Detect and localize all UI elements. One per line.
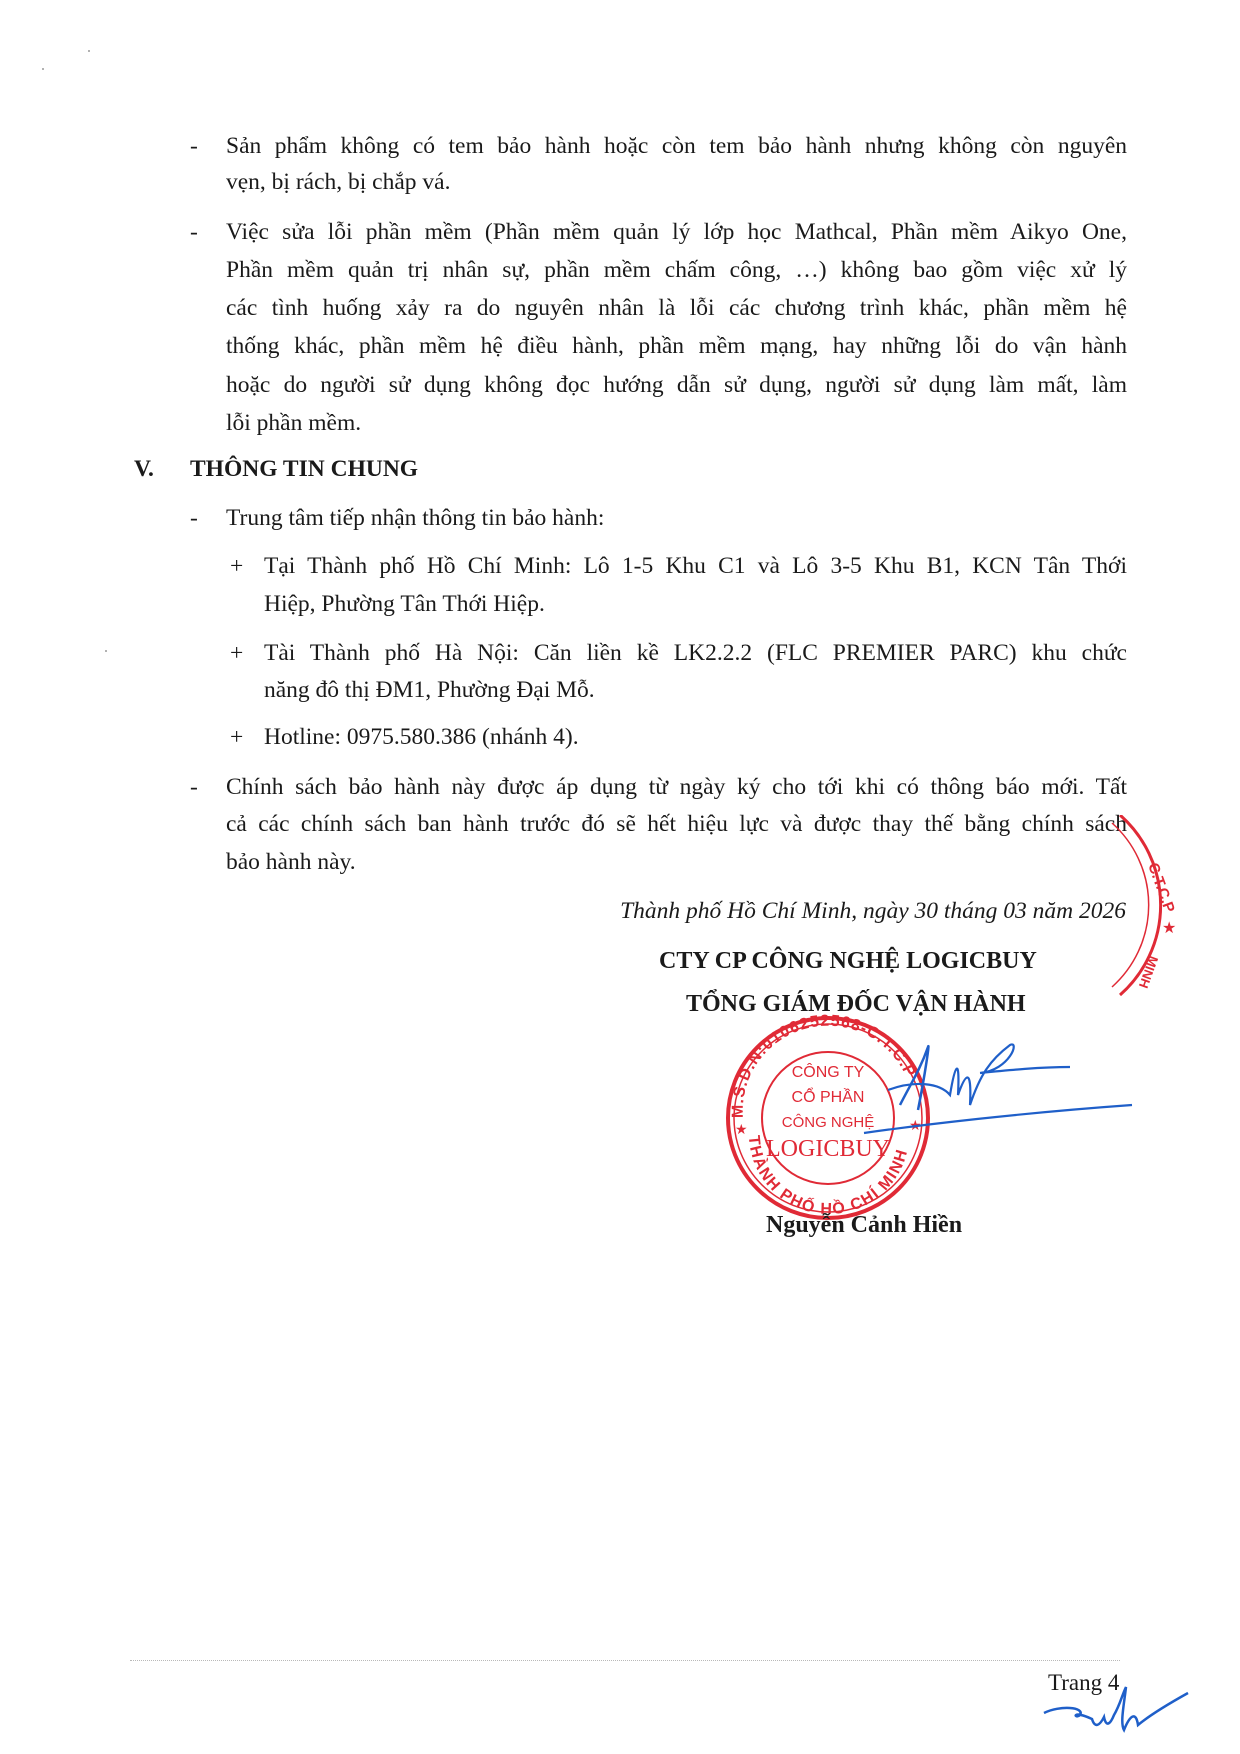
section-number: V. — [134, 454, 154, 484]
bullet-dash: - — [190, 217, 198, 247]
bullet-dash: - — [190, 131, 198, 161]
bullet-dash: - — [190, 772, 198, 802]
initials-signature — [1040, 1675, 1190, 1754]
svg-text:★: ★ — [735, 1122, 748, 1138]
svg-text:★: ★ — [1162, 918, 1176, 937]
bullet-dash: - — [190, 503, 198, 533]
bullet-text-line: bảo hành này. — [226, 847, 356, 877]
subitem-text-line: Hiệp, Phường Tân Thới Hiệp. — [264, 589, 545, 619]
bullet-text-line: các tình huống xảy ra do nguyên nhân là … — [226, 293, 1127, 323]
scan-speck — [105, 650, 107, 652]
bullet-plus: + — [230, 638, 243, 668]
scan-speck — [42, 68, 44, 70]
bullet-plus: + — [230, 722, 243, 752]
bullet-text-line: Sản phẩm không có tem bảo hành hoặc còn … — [226, 131, 1127, 161]
bullet-text-line: Phần mềm quản trị nhân sự, phần mềm chấm… — [226, 255, 1127, 285]
partial-stamp-margin: C.T.C.P ★ MINH — [1110, 815, 1240, 1005]
signer-name: Nguyễn Cảnh Hiền — [766, 1210, 962, 1240]
company-name: CTY CP CÔNG NGHỆ LOGICBUY — [659, 946, 1037, 976]
bullet-text-line: lỗi phần mềm. — [226, 408, 361, 438]
place-and-date: Thành phố Hồ Chí Minh, ngày 30 tháng 03 … — [0, 896, 1126, 926]
subitem-text-line: Hotline: 0975.580.386 (nhánh 4). — [264, 722, 579, 752]
footer-divider — [130, 1660, 1120, 1661]
handwritten-signature — [860, 1035, 1140, 1155]
subitem-text-line: năng đô thị ĐM1, Phường Đại Mỗ. — [264, 675, 595, 705]
svg-text:CÔNG TY: CÔNG TY — [792, 1062, 865, 1081]
bullet-text-line: Việc sửa lỗi phần mềm (Phần mềm quản lý … — [226, 217, 1127, 247]
bullet-plus: + — [230, 551, 243, 581]
section-title: THÔNG TIN CHUNG — [190, 454, 418, 484]
svg-text:CỔ PHẦN: CỔ PHẦN — [792, 1087, 865, 1106]
bullet-text-line: cả các chính sách ban hành trước đó sẽ h… — [226, 809, 1127, 839]
scan-speck — [88, 50, 90, 52]
bullet-text-line: hoặc do người sử dụng không đọc hướng dẫ… — [226, 370, 1127, 400]
bullet-text-line: vẹn, bị rách, bị chắp vá. — [226, 167, 450, 197]
bullet-text-line: Chính sách bảo hành này được áp dụng từ … — [226, 772, 1127, 802]
subitem-text-line: Tài Thành phố Hà Nội: Căn liền kề LK2.2.… — [264, 638, 1127, 668]
bullet-text-line: thống khác, phần mềm hệ điều hành, phần … — [226, 331, 1127, 361]
bullet-text-line: Trung tâm tiếp nhận thông tin bảo hành: — [226, 503, 604, 533]
subitem-text-line: Tại Thành phố Hồ Chí Minh: Lô 1-5 Khu C1… — [264, 551, 1127, 581]
